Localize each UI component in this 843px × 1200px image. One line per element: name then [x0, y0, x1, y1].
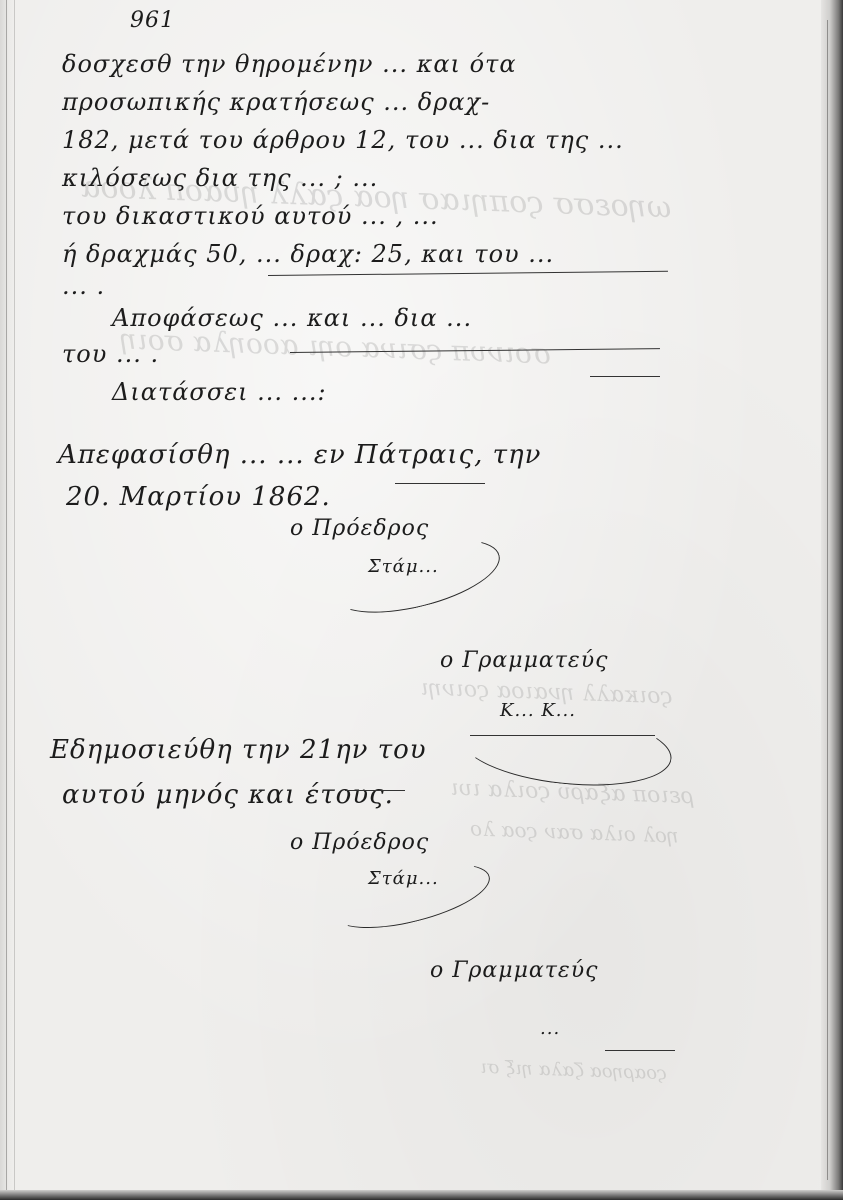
fill-rule: [395, 483, 485, 484]
dating-line: 20. Μαρτίου 1862.: [66, 482, 331, 512]
clerk-signature: ...: [540, 1018, 560, 1039]
paragraph-line: Διατάσσει ... ...:: [112, 378, 327, 406]
fill-rule: [268, 271, 668, 276]
publication-line: αυτού μηνός και έτους.: [62, 780, 394, 810]
fill-rule: [345, 790, 405, 791]
folio-number: 961: [130, 8, 175, 33]
fill-rule: [470, 735, 655, 736]
signature-underline: [605, 1050, 675, 1051]
dating-line: Απεφασίσθη ... ... εν Πάτραις, την: [58, 440, 541, 470]
presiding-judge-title: ο Πρόεδρος: [290, 830, 429, 855]
body-line: δοσχεσθ την θηρομένην ... και ότα: [62, 50, 517, 78]
body-line: 182, μετά του άρθρου 12, του ... δια της…: [62, 126, 624, 154]
bleed-through-text: ςοαρηοα ζαλα ηιξ σι: [480, 1057, 668, 1085]
book-binding-edge: [821, 0, 843, 1200]
page-left-edge: [0, 0, 15, 1200]
page-bottom-edge: [0, 1190, 843, 1200]
body-line: του δικαστικού αυτού ... , ...: [62, 202, 439, 230]
clerk-title: ο Γραμματεύς: [440, 648, 608, 673]
paragraph-line: του ... .: [62, 340, 159, 368]
body-line: προσωπικής κρατήσεως ... δραχ-: [62, 88, 490, 116]
paragraph-line: Αποφάσεως ... και ... δια ...: [112, 304, 472, 332]
manuscript-page: ωηοεσσ ςοπηιασ ηοα ςαλλ ηυαοπ λοοα σοινυ…: [0, 0, 843, 1200]
publication-line: Εδημοσιεύθη την 21ην του: [50, 735, 427, 765]
fill-rule: [290, 348, 660, 353]
bleed-through-text: ηολ οιλα σαν ςοα λο: [470, 816, 680, 847]
signature-flourish: [457, 701, 675, 795]
signature-flourish: [326, 851, 496, 941]
fill-rule: [590, 376, 660, 377]
body-line: ... .: [62, 272, 105, 300]
body-line: ή δραχμάς 50, ... δραχ: 25, και του ...: [62, 240, 554, 268]
presiding-judge-title: ο Πρόεδρος: [290, 516, 429, 541]
body-line: κιλόσεως δια της ... ; ...: [62, 164, 378, 192]
clerk-title: ο Γραμματεύς: [430, 958, 598, 983]
